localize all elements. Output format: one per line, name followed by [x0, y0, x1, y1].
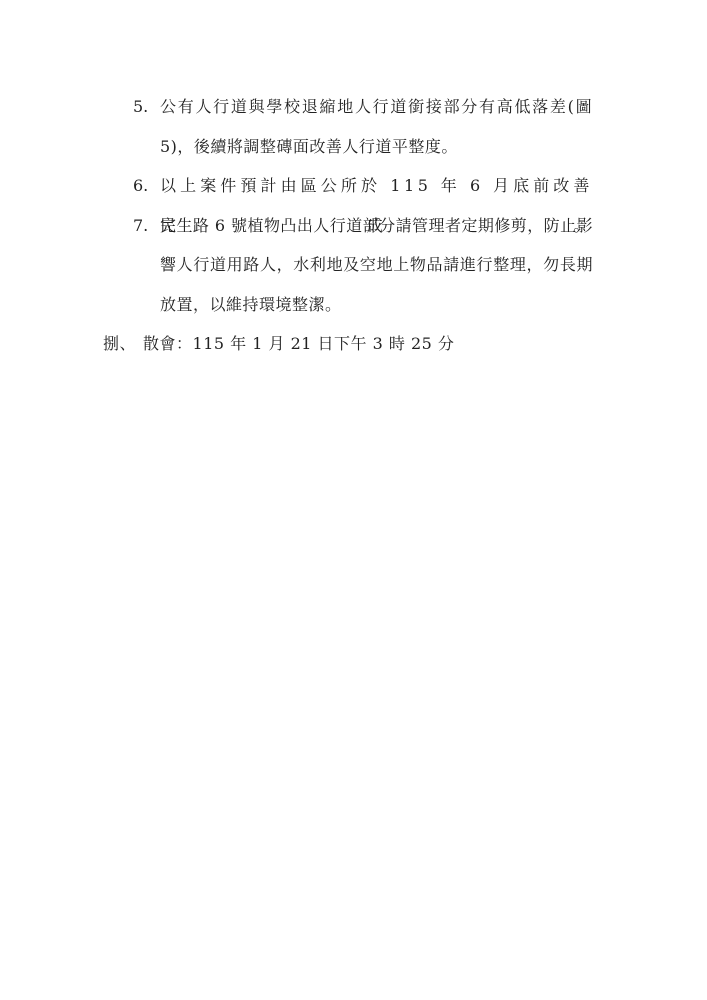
item-number: 7. — [133, 206, 148, 246]
text-line: 民生路 6 號植物凸出人行道部分請管理者定期修剪，防止影 — [160, 206, 593, 246]
closing-section-label: 捌、 — [103, 334, 136, 353]
list-item-6: 6. 以上案件預計由區公所於 115 年 6 月底前改善完成。 — [160, 166, 593, 206]
text-line: 以上案件預計由區公所於 115 年 6 月底前改善完成。 — [160, 166, 593, 206]
text-line: 5)，後續將調整磚面改善人行道平整度。 — [160, 127, 593, 167]
list-item-7: 7. 民生路 6 號植物凸出人行道部分請管理者定期修剪，防止影 響人行道用路人，… — [160, 206, 593, 325]
closing-text: 散會：115 年 1 月 21 日下午 3 時 25 分 — [143, 334, 454, 353]
document-content: 5. 公有人行道與學校退縮地人行道銜接部分有高低落差(圖 5)，後續將調整磚面改… — [160, 87, 593, 364]
text-line: 公有人行道與學校退縮地人行道銜接部分有高低落差(圖 — [160, 87, 593, 127]
document-page: 5. 公有人行道與學校退縮地人行道銜接部分有高低落差(圖 5)，後續將調整磚面改… — [0, 0, 707, 1000]
text-line: 放置，以維持環境整潔。 — [160, 285, 593, 325]
list-item-5: 5. 公有人行道與學校退縮地人行道銜接部分有高低落差(圖 5)，後續將調整磚面改… — [160, 87, 593, 166]
item-number: 6. — [133, 166, 148, 206]
item-number: 5. — [133, 87, 148, 127]
text-line: 響人行道用路人，水利地及空地上物品請進行整理，勿長期 — [160, 245, 593, 285]
closing-line: 捌、散會：115 年 1 月 21 日下午 3 時 25 分 — [103, 324, 593, 364]
